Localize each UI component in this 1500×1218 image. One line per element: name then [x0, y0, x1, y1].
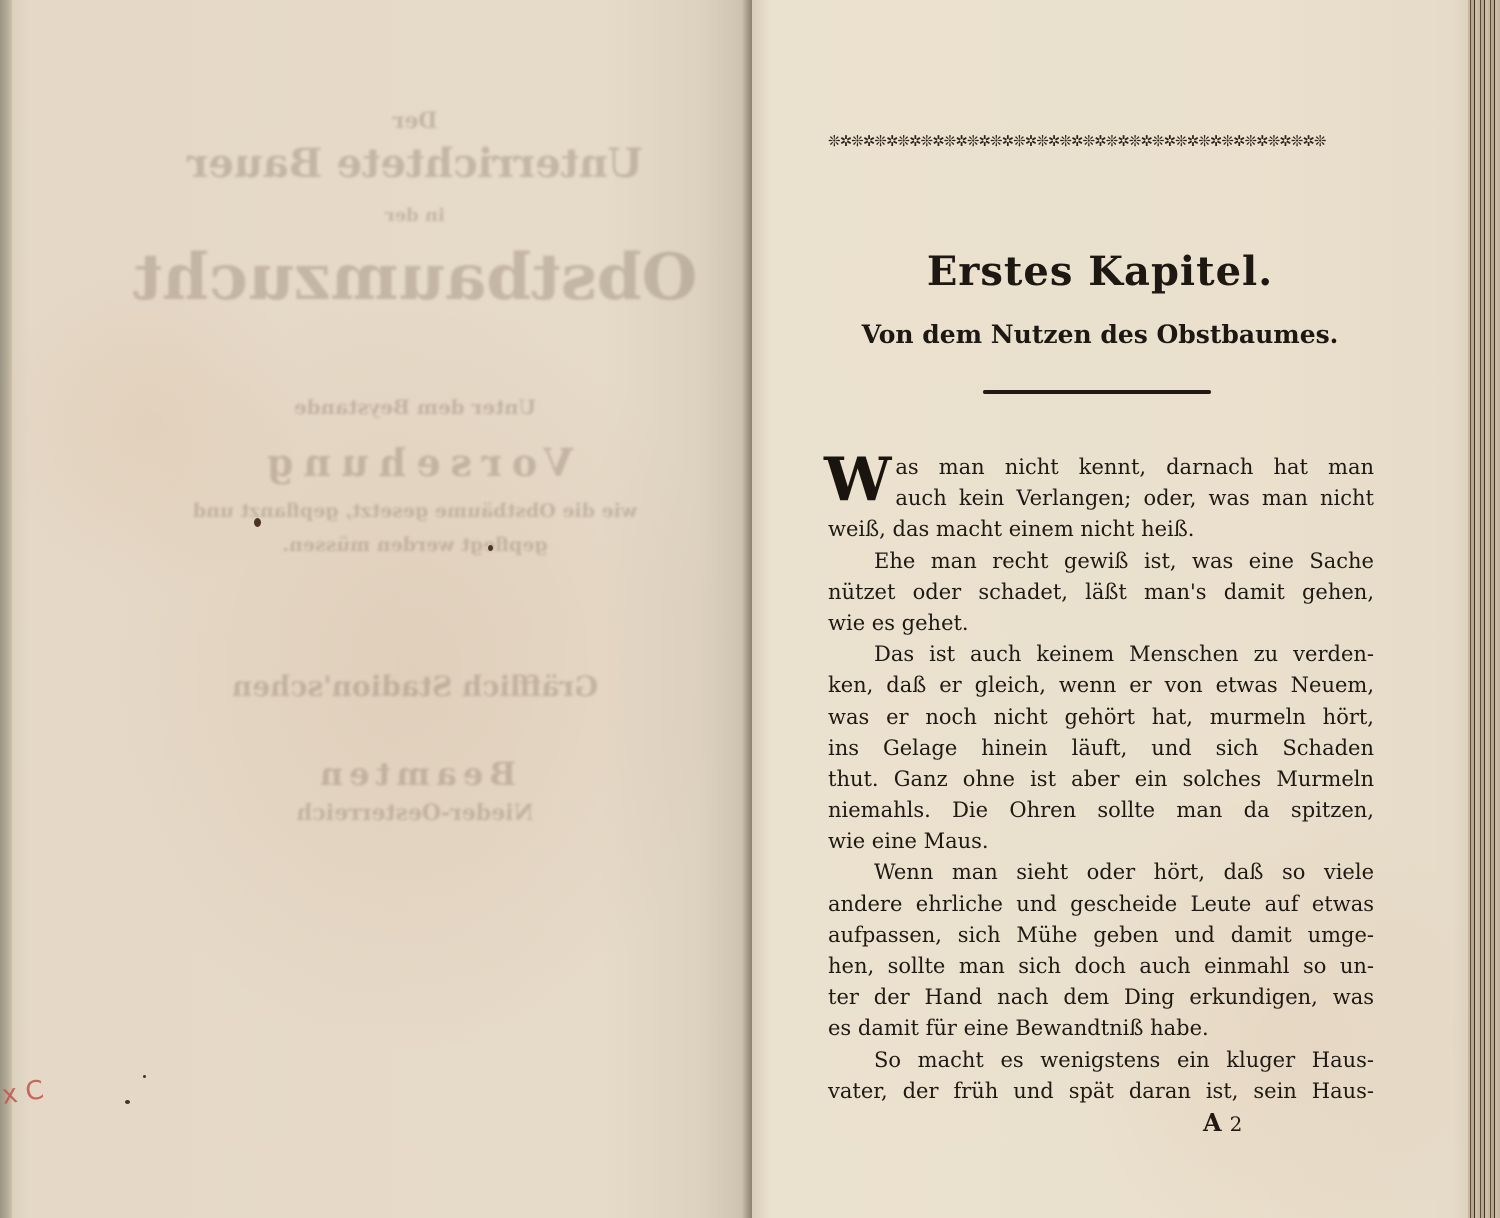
bleed-through-line: Unter dem Beystande [120, 395, 710, 419]
text-line: andere ehrliche und gescheide Leute auf … [828, 889, 1374, 920]
chapter-body: W as man nicht kennt, darnach hat man au… [828, 452, 1374, 1107]
fore-edge [1468, 0, 1500, 1218]
bleed-through-line: Vorsehung [120, 440, 710, 485]
signature-number: 2 [1230, 1112, 1243, 1136]
bleed-through-line: Beamten [120, 755, 710, 793]
text-line: was er noch nicht gehört hat, murmeln hö… [828, 702, 1374, 733]
text-line: niemahls. Die Ohren sollte man da spitze… [828, 795, 1374, 826]
chapter-title: Erstes Kapitel. [820, 248, 1380, 295]
paragraph: W as man nicht kennt, darnach hat man au… [828, 452, 1374, 546]
printer-signature-mark: A2 [1203, 1108, 1242, 1137]
book-spread: Der Unterrichtete Bauer in der Obstbaumz… [0, 0, 1500, 1218]
bleed-through-line: Unterrichtete Bauer [120, 140, 710, 187]
paragraph: Ehe man recht gewiß ist, was eine Sache … [828, 546, 1374, 640]
text-line: as man nicht kennt, darnach hat man [828, 452, 1374, 483]
bleed-through-line: Der [120, 108, 710, 134]
binding-edge [0, 0, 12, 1218]
text-line: thut. Ganz ohne ist aber ein solches Mur… [828, 764, 1374, 795]
margin-pencil-mark: x C [0, 1077, 45, 1109]
text-line: wie eine Maus. [828, 826, 1374, 857]
chapter-subtitle: Von dem Nutzen des Obstbaumes. [820, 320, 1380, 349]
text-line: auch kein Verlangen; oder, was man nicht [828, 483, 1374, 514]
signature-letter: A [1203, 1108, 1222, 1137]
foxing-spot [254, 518, 261, 527]
foxing-spot [488, 545, 493, 551]
text-line: Ehe man recht gewiß ist, was eine Sache [828, 546, 1374, 577]
drop-cap: W [824, 454, 891, 506]
bleed-through-line: gepflegt werden müssen. [120, 534, 710, 556]
left-page-verso: Der Unterrichtete Bauer in der Obstbaumz… [0, 0, 752, 1218]
bleed-through-line: Nieder-Oesterreich [120, 800, 710, 826]
text-line: Wenn man sieht oder hört, daß so viele [828, 857, 1374, 888]
bleed-through-line: Obstbaumzucht [120, 240, 710, 315]
text-line: wie es gehet. [828, 608, 1374, 639]
paragraph: Das ist auch keinem Menschen zu verden- … [828, 639, 1374, 857]
bleed-through-line: Gräfflich Stadion'schen [120, 670, 710, 703]
text-line: weiß, das macht einem nicht heiß. [828, 514, 1374, 545]
text-line: aufpassen, sich Mühe geben und damit umg… [828, 920, 1374, 951]
text-line: Das ist auch keinem Menschen zu verden- [828, 639, 1374, 670]
text-line: So macht es wenigstens ein kluger Haus- [828, 1045, 1374, 1076]
text-line: ter der Hand nach dem Ding erkundigen, w… [828, 982, 1374, 1013]
text-line: ins Gelage hinein läuft, und sich Schade… [828, 733, 1374, 764]
text-line: ken, daß er gleich, wenn er von etwas Ne… [828, 670, 1374, 701]
text-line: nützet oder schadet, läßt man's damit ge… [828, 577, 1374, 608]
text-line: es damit für eine Bewandtniß habe. [828, 1013, 1374, 1044]
decorative-rule [983, 390, 1211, 394]
bleed-through-line: in der [120, 205, 710, 226]
paragraph: So macht es wenigstens ein kluger Haus- … [828, 1045, 1374, 1107]
bleed-through-line: wie die Obstbäume gesetzt, gepflanzt und [120, 500, 710, 522]
paragraph: Wenn man sieht oder hört, daß so viele a… [828, 857, 1374, 1044]
foxing-spot [125, 1100, 130, 1104]
ornamental-header-border: ❊✲❊✲❊✲❊✲❊✲❊✲❊✲❊✲❊✲❊✲❊✲❊✲❊✲❊✲❊✲❊✲❊✲❊✲❊✲❊✲… [828, 132, 1376, 154]
text-line: hen, sollte man sich doch auch einmahl s… [828, 951, 1374, 982]
text-line: vater, der früh und spät daran ist, sein… [828, 1076, 1374, 1107]
foxing-spot [143, 1075, 146, 1078]
